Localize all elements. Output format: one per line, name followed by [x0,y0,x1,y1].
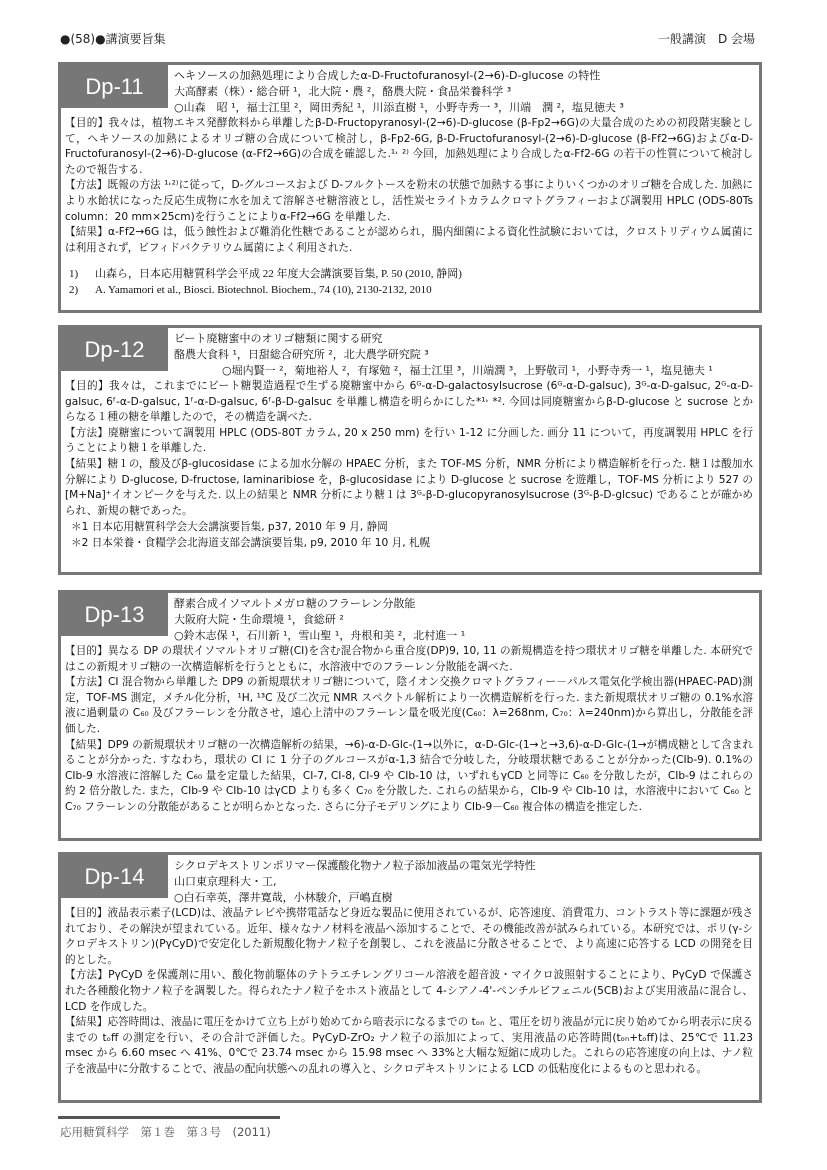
abstract-purpose: 【目的】我々は，これまでにビート糖製造過程で生ずる廃糖蜜中から 6ᴳ-α-D-g… [65,379,753,426]
reference-item: 2)A. Yamamori et al., Biosci. Biotechnol… [65,282,753,298]
footer-divider [58,1116,280,1119]
abstract-title: 酵素合成イソマルトメガロ糖のフラーレン分散能 [174,596,759,612]
abstract-authors: ○山森 昭 ¹，福士江里 ²，岡田秀紀 ¹，川添直樹 ¹，小野寺秀一 ³，川端 … [174,100,759,116]
abstract-box-dp14: Dp-14 シクロデキストリンポリマー保護酸化物ナノ粒子添加液晶の電気光学特性 … [58,852,762,1103]
reference-item: 1)山森ら，日本応用糖質科学会平成 22 年度大会講演要旨集, P. 50 (2… [65,266,753,282]
abstract-affiliations: 山口東京理科大・工, [174,874,759,890]
abstract-id-label: Dp-13 [61,593,168,636]
abstract-title: ヘキソースの加熱処理により合成したα-D-Fructofuranosyl-(2→… [174,68,759,84]
page-header-right: 一般講演 D 会場 [658,30,755,47]
abstract-method: 【方法】廃糖蜜について調製用 HPLC (ODS-80T カラム, 20 x 2… [65,426,753,457]
footnote-list: ＊1 日本応用糖質科学会大会講演要旨集, p37, 2010 年 9 月, 静岡… [65,519,753,551]
abstract-id-label: Dp-12 [61,328,168,371]
abstract-result: 【結果】α-Ff2→6G は，低う蝕性および難消化性糖であることが認められ，腸内… [65,225,753,256]
abstract-box-dp13: Dp-13 酵素合成イソマルトメガロ糖のフラーレン分散能 大阪府大院・生命環境 … [58,590,762,841]
abstract-method: 【方法】PγCyD を保護剤に用い、酸化物前駆体のテトラエチレングリコール溶液を… [65,968,753,1015]
abstract-id-label: Dp-14 [61,855,168,898]
abstract-box-dp11: Dp-11 ヘキソースの加熱処理により合成したα-D-Fructofuranos… [58,62,762,313]
abstract-title: ビート廃糖蜜中のオリゴ糖類に関する研究 [174,331,759,347]
abstract-affiliations: 酪農大食科 ¹，日甜総合研究所 ²，北大農学研究院 ³ [174,347,759,363]
journal-footer: 応用糖質科学 第１巻 第３号 (2011) [60,1124,271,1140]
abstract-purpose: 【目的】異なる DP の環状イソマルトオリゴ糖(CI)を含む混合物から重合度(D… [65,644,753,675]
abstract-method: 【方法】既報の方法 ¹˒²⁾に従って，D-グルコースおよび D-フルクトースを粉… [65,178,753,225]
abstract-box-dp12: Dp-12 ビート廃糖蜜中のオリゴ糖類に関する研究 酪農大食科 ¹，日甜総合研究… [58,325,762,575]
abstract-result: 【結果】糖１の，酸及びβ-glucosidase による加水分解の HPAEC … [65,457,753,519]
abstract-authors: ○鈴木志保 ¹，石川新 ¹，雪山聖 ¹，舟根和美 ²，北村進一 ¹ [174,628,759,644]
abstract-result: 【結果】DP9 の新規環状オリゴ糖の一次構造解析の結果，→6)-α-D-Glc-… [65,738,753,816]
abstract-affiliations: 大阪府大院・生命環境 ¹，食総研 ² [174,612,759,628]
abstract-purpose: 【目的】我々は，植物エキス発酵飲料から単離したβ-D-Fructopyranos… [65,116,753,178]
footnote-item: ＊1 日本応用糖質科学会大会講演要旨集, p37, 2010 年 9 月, 静岡 [71,519,753,535]
abstract-method: 【方法】CI 混合物から単離した DP9 の新規環状オリゴ糖について，陰イオン交… [65,675,753,737]
reference-list: 1)山森ら，日本応用糖質科学会平成 22 年度大会講演要旨集, P. 50 (2… [65,266,753,298]
abstract-id-label: Dp-11 [61,65,168,108]
abstract-title: シクロデキストリンポリマー保護酸化物ナノ粒子添加液晶の電気光学特性 [174,858,759,874]
abstract-authors: ○白石幸英，澤井寛哉，小林駿介，戸嶋直樹 [174,890,759,906]
page-header-left: ●(58)●講演要旨集 [60,30,166,47]
abstract-result: 【結果】応答時間は、液晶に電圧をかけて立ち上がり始めてから暗表示になるまでの t… [65,1015,753,1077]
abstract-affiliations: 大高酵素（株）・総合研 ¹，北大院・農 ²，酪農大院・食品栄養科学 ³ [174,84,759,100]
footnote-item: ＊2 日本栄養・食糧学会北海道支部会講演要旨集, p9, 2010 年 10 月… [71,535,753,551]
abstract-purpose: 【目的】液晶表示素子(LCD)は、液晶テレビや携帯電話など身近な製品に使用されて… [65,906,753,968]
